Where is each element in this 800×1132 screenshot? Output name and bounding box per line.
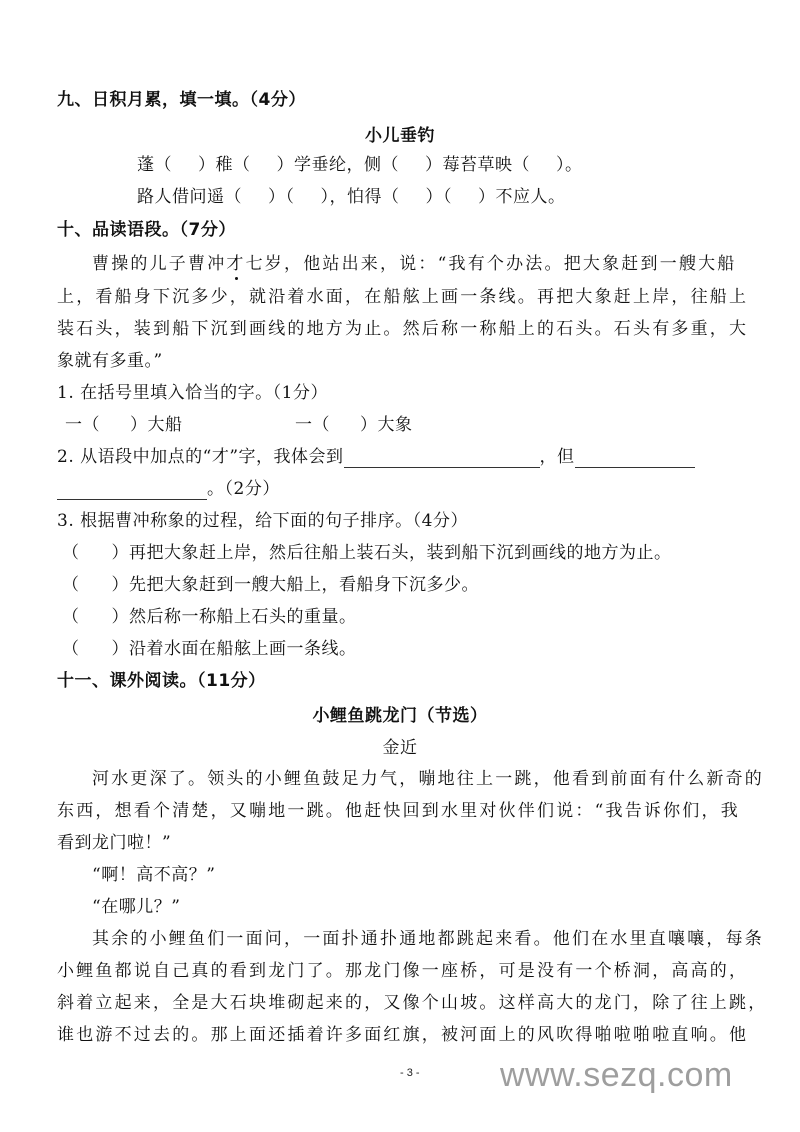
story-line-4: “啊！高不高？”	[92, 864, 215, 886]
story-line-9: 谁也游不过去的。那上面还插着许多面红旗，被河面上的风吹得啪啦啪啦直响。他	[57, 1024, 748, 1046]
exam-page: 九、日积月累，填一填。（4分） 小儿垂钓 蓬（）稚（）学垂纶，侧（）莓苔草映（）…	[0, 0, 800, 1132]
page-number: - 3 -	[400, 1067, 420, 1079]
poem-text: ）。	[556, 155, 583, 175]
story-line-7: 小鲤鱼都说自己真的看到龙门了。那龙门像一座桥，可是没有一个桥洞，高高的，	[57, 960, 748, 982]
story-line-1: 河水更深了。领头的小鲤鱼鼓足力气，嘣地往上一跳，他看到前面有什么新奇的	[92, 768, 764, 790]
q1-text: ）大船	[130, 415, 183, 435]
section11-heading: 十一、课外阅读。（11分）	[57, 670, 266, 692]
passage-text: 曹操的儿子曹冲	[92, 254, 226, 274]
poem-line-2: 路人借问遥（）（），怕得（）（）不应人。	[137, 186, 566, 208]
poem-text: ）稚（	[198, 155, 251, 175]
q2-text: 2. 从语段中加点的“才”字，我体会到	[57, 447, 344, 467]
q3-item-1: （）再把大象赶上岸，然后往船上装石头，装到船下沉到画线的地方为止。	[62, 542, 672, 564]
passage-line-4: 象就有多重。”	[57, 350, 163, 372]
answer-blank-line[interactable]	[344, 449, 540, 468]
bracket: （	[62, 543, 80, 563]
section9-heading: 九、日积月累，填一填。（4分）	[57, 89, 306, 111]
story-line-3: 看到龙门啦！”	[57, 832, 171, 854]
bracket: ）	[112, 543, 130, 563]
q1-text: ）大象	[360, 415, 413, 435]
q2-text: 。（2分）	[207, 479, 280, 499]
answer-blank-line[interactable]	[575, 449, 695, 468]
story-line-8: 斜着立起来，全是大石块堆砌起来的，又像个山坡。这样高大的龙门，除了往上跳，	[57, 992, 767, 1014]
passage-line-2: 上，看船身下沉多少，就沿着水面，在船舷上画一条线。再把大象赶上岸，往船上	[57, 286, 748, 308]
bracket: ）	[112, 639, 130, 659]
q3-sentence: 先把大象赶到一艘大船上，看船身下沉多少。	[129, 575, 479, 595]
poem-text: 蓬（	[137, 155, 172, 175]
story-line-6: 其余的小鲤鱼们一面问，一面扑通扑通地都跳起来看。他们在水里直嚷嚷，每条	[92, 928, 764, 950]
bracket: ）	[112, 607, 130, 627]
bracket: ）	[112, 575, 130, 595]
story-author: 金近	[0, 737, 800, 759]
story-line-2: 东西，想看个清楚，又嘣地一跳。他赶快回到水里对伙伴们说：“我告诉你们，我	[57, 800, 740, 822]
poem-line-1: 蓬（）稚（）学垂纶，侧（）莓苔草映（）。	[137, 154, 583, 176]
passage-text: 七岁，他站出来，说：“我有个办法。把大象赶到一艘大船	[246, 254, 737, 274]
q1-item-2: 一（）大象	[295, 414, 413, 436]
poem-text: 路人借问遥（	[137, 187, 242, 207]
passage-line-3: 装石头，装到船下沉到画线的地方为止。然后称一称船上的石头。石头有多重，大	[57, 318, 748, 340]
poem-title: 小儿垂钓	[0, 125, 800, 147]
q3-sentence: 再把大象赶上岸，然后往船上装石头，装到船下沉到画线的地方为止。	[129, 543, 672, 563]
q3-sentence: 沿着水面在船舷上画一条线。	[129, 639, 357, 659]
section10-heading: 十、品读语段。（7分）	[57, 219, 236, 241]
answer-blank-line[interactable]	[57, 481, 207, 500]
bracket: （	[62, 639, 80, 659]
bracket: （	[62, 607, 80, 627]
poem-text: ）（	[426, 187, 453, 207]
q3-item-4: （）沿着水面在船舷上画一条线。	[62, 638, 357, 660]
q3-item-3: （）然后称一称船上石头的重量。	[62, 606, 357, 628]
q1-prompt: 1. 在括号里填入恰当的字。（1分）	[57, 382, 328, 404]
poem-text: ）学垂纶，侧（	[277, 155, 400, 175]
q3-sentence: 然后称一称船上石头的重量。	[129, 607, 357, 627]
poem-text: ）莓苔草映（	[425, 155, 530, 175]
poem-text: ）不应人。	[478, 187, 566, 207]
poem-text: ），怕得（	[321, 187, 400, 207]
q3-item-2: （）先把大象赶到一艘大船上，看船身下沉多少。	[62, 574, 479, 596]
q2-text: ，但	[540, 447, 575, 467]
q1-text: 一（	[295, 415, 330, 435]
q2-continued: 。（2分）	[57, 478, 280, 500]
q2-prompt: 2. 从语段中加点的“才”字，我体会到，但	[57, 446, 695, 468]
q1-item-1: 一（）大船	[65, 414, 183, 436]
passage-line-1: 曹操的儿子曹冲才七岁，他站出来，说：“我有个办法。把大象赶到一艘大船	[92, 253, 737, 275]
bracket: （	[62, 575, 80, 595]
story-line-5: “在哪儿？”	[92, 896, 180, 918]
watermark: www.sezq.com	[500, 1056, 733, 1095]
poem-text: ）（	[268, 187, 295, 207]
story-title: 小鲤鱼跳龙门（节选）	[0, 705, 800, 727]
emphasis-dot-char: 才	[226, 253, 245, 275]
q3-prompt: 3. 根据曹冲称象的过程，给下面的句子排序。（4分）	[57, 510, 468, 532]
q1-text: 一（	[65, 415, 100, 435]
